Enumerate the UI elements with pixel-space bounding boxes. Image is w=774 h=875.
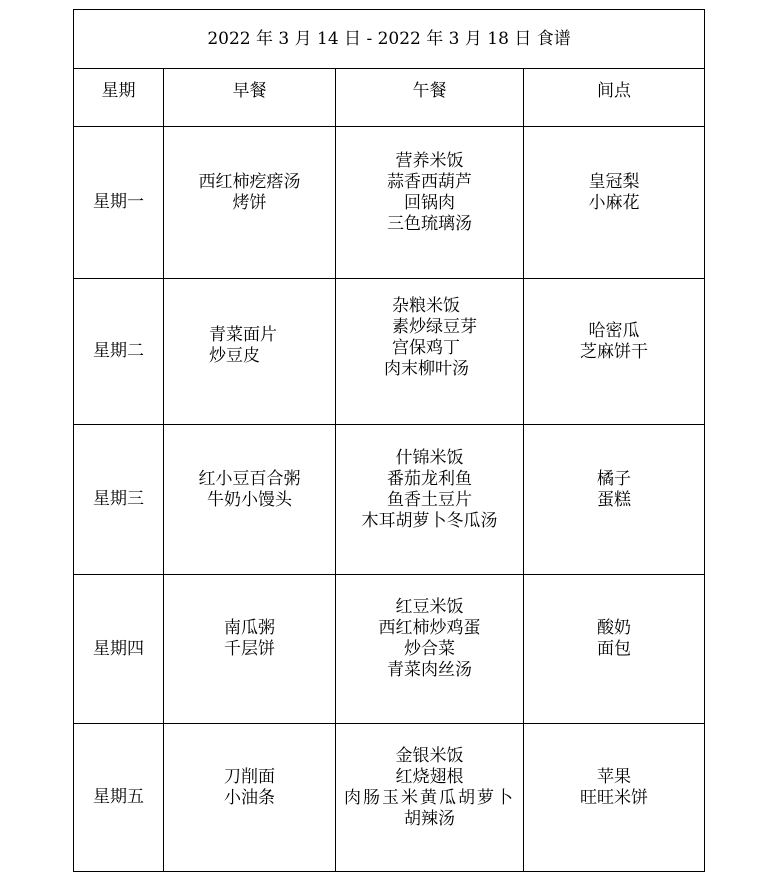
table-row-monday: 星期一 西红柿疙瘩汤 烤饼 营养米饭 蒜香西葫芦 回锅肉 三色琉璃汤 皇冠梨 小… [74, 127, 705, 279]
snack-cell: 皇冠梨 小麻花 [524, 127, 705, 279]
lunch-item: 蒜香西葫芦 [336, 172, 523, 193]
lunch-item: 什锦米饭 [336, 448, 523, 469]
lunch-item: 青菜肉丝汤 [336, 660, 523, 681]
title-row: 2022 年 3 月 14 日 - 2022 年 3 月 18 日 食谱 [74, 10, 705, 69]
lunch-item: 番茄龙利鱼 [336, 469, 523, 490]
header-day-label: 星期 [102, 81, 136, 101]
table-row-tuesday: 星期二 青菜面片 炒豆皮 杂粮米饭 素炒绿豆芽 宫保鸡丁 肉末柳叶汤 哈密瓜 芝… [74, 279, 705, 425]
breakfast-cell: 西红柿疙瘩汤 烤饼 [164, 127, 336, 279]
snack-cell: 橘子 蛋糕 [524, 425, 705, 575]
snack-item: 蛋糕 [524, 490, 704, 511]
breakfast-item: 西红柿疙瘩汤 [164, 172, 335, 193]
lunch-item: 鱼香土豆片 [336, 490, 523, 511]
lunch-item: 红烧翅根 [336, 767, 523, 788]
lunch-item: 肉肠玉米黄瓜胡萝卜 [336, 788, 523, 809]
header-row: 星期 早餐 午餐 间点 [74, 69, 705, 127]
lunch-item: 三色琉璃汤 [336, 214, 523, 235]
header-snack-label: 间点 [597, 81, 631, 101]
table-row-friday: 星期五 刀削面 小油条 金银米饭 红烧翅根 肉肠玉米黄瓜胡萝卜 胡辣汤 苹果 旺… [74, 724, 705, 872]
breakfast-item: 青菜面片 [209, 325, 335, 346]
breakfast-item: 刀削面 [164, 767, 335, 788]
day-cell: 星期四 [74, 575, 164, 724]
menu-title: 2022 年 3 月 14 日 - 2022 年 3 月 18 日 食谱 [74, 10, 705, 69]
lunch-item: 宫保鸡丁 [375, 338, 523, 359]
snack-item: 苹果 [524, 767, 704, 788]
day-cell: 星期一 [74, 127, 164, 279]
breakfast-item: 炒豆皮 [209, 346, 335, 367]
breakfast-cell: 青菜面片 炒豆皮 [164, 279, 336, 425]
lunch-item: 杂粮米饭 [375, 296, 523, 317]
header-day: 星期 [74, 69, 164, 127]
breakfast-item: 牛奶小馒头 [164, 490, 335, 511]
snack-cell: 酸奶 面包 [524, 575, 705, 724]
lunch-item: 素炒绿豆芽 [375, 317, 523, 338]
day-cell: 星期五 [74, 724, 164, 872]
lunch-item: 肉末柳叶汤 [375, 359, 523, 380]
breakfast-cell: 红小豆百合粥 牛奶小馒头 [164, 425, 336, 575]
lunch-cell: 金银米饭 红烧翅根 肉肠玉米黄瓜胡萝卜 胡辣汤 [336, 724, 524, 872]
snack-cell: 苹果 旺旺米饼 [524, 724, 705, 872]
lunch-cell: 什锦米饭 番茄龙利鱼 鱼香土豆片 木耳胡萝卜冬瓜汤 [336, 425, 524, 575]
lunch-item: 炒合菜 [336, 639, 523, 660]
snack-item: 小麻花 [524, 193, 704, 214]
lunch-cell: 红豆米饭 西红柿炒鸡蛋 炒合菜 青菜肉丝汤 [336, 575, 524, 724]
lunch-item: 营养米饭 [336, 151, 523, 172]
lunch-item: 西红柿炒鸡蛋 [336, 618, 523, 639]
table-row-thursday: 星期四 南瓜粥 千层饼 红豆米饭 西红柿炒鸡蛋 炒合菜 青菜肉丝汤 酸奶 面包 [74, 575, 705, 724]
table-row-wednesday: 星期三 红小豆百合粥 牛奶小馒头 什锦米饭 番茄龙利鱼 鱼香土豆片 木耳胡萝卜冬… [74, 425, 705, 575]
snack-cell: 哈密瓜 芝麻饼干 [524, 279, 705, 425]
header-breakfast: 早餐 [164, 69, 336, 127]
day-cell: 星期三 [74, 425, 164, 575]
breakfast-cell: 南瓜粥 千层饼 [164, 575, 336, 724]
snack-item: 皇冠梨 [524, 172, 704, 193]
menu-table: 2022 年 3 月 14 日 - 2022 年 3 月 18 日 食谱 星期 … [73, 9, 705, 872]
breakfast-cell: 刀削面 小油条 [164, 724, 336, 872]
lunch-item: 金银米饭 [336, 746, 523, 767]
lunch-cell: 营养米饭 蒜香西葫芦 回锅肉 三色琉璃汤 [336, 127, 524, 279]
lunch-cell: 杂粮米饭 素炒绿豆芽 宫保鸡丁 肉末柳叶汤 [336, 279, 524, 425]
lunch-item: 红豆米饭 [336, 597, 523, 618]
snack-item: 面包 [524, 639, 704, 660]
breakfast-item: 小油条 [164, 788, 335, 809]
snack-item: 旺旺米饼 [524, 788, 704, 809]
snack-item: 哈密瓜 [524, 321, 704, 342]
header-lunch-label: 午餐 [413, 81, 447, 101]
snack-item: 橘子 [524, 469, 704, 490]
snack-item: 酸奶 [524, 618, 704, 639]
breakfast-item: 千层饼 [164, 639, 335, 660]
header-snack: 间点 [524, 69, 705, 127]
snack-item: 芝麻饼干 [524, 342, 704, 363]
breakfast-item: 烤饼 [164, 193, 335, 214]
breakfast-item: 红小豆百合粥 [164, 469, 335, 490]
day-cell: 星期二 [74, 279, 164, 425]
lunch-item: 木耳胡萝卜冬瓜汤 [336, 511, 523, 532]
lunch-item: 回锅肉 [336, 193, 523, 214]
header-lunch: 午餐 [336, 69, 524, 127]
lunch-item: 胡辣汤 [336, 809, 523, 830]
breakfast-item: 南瓜粥 [164, 618, 335, 639]
header-breakfast-label: 早餐 [233, 81, 267, 101]
